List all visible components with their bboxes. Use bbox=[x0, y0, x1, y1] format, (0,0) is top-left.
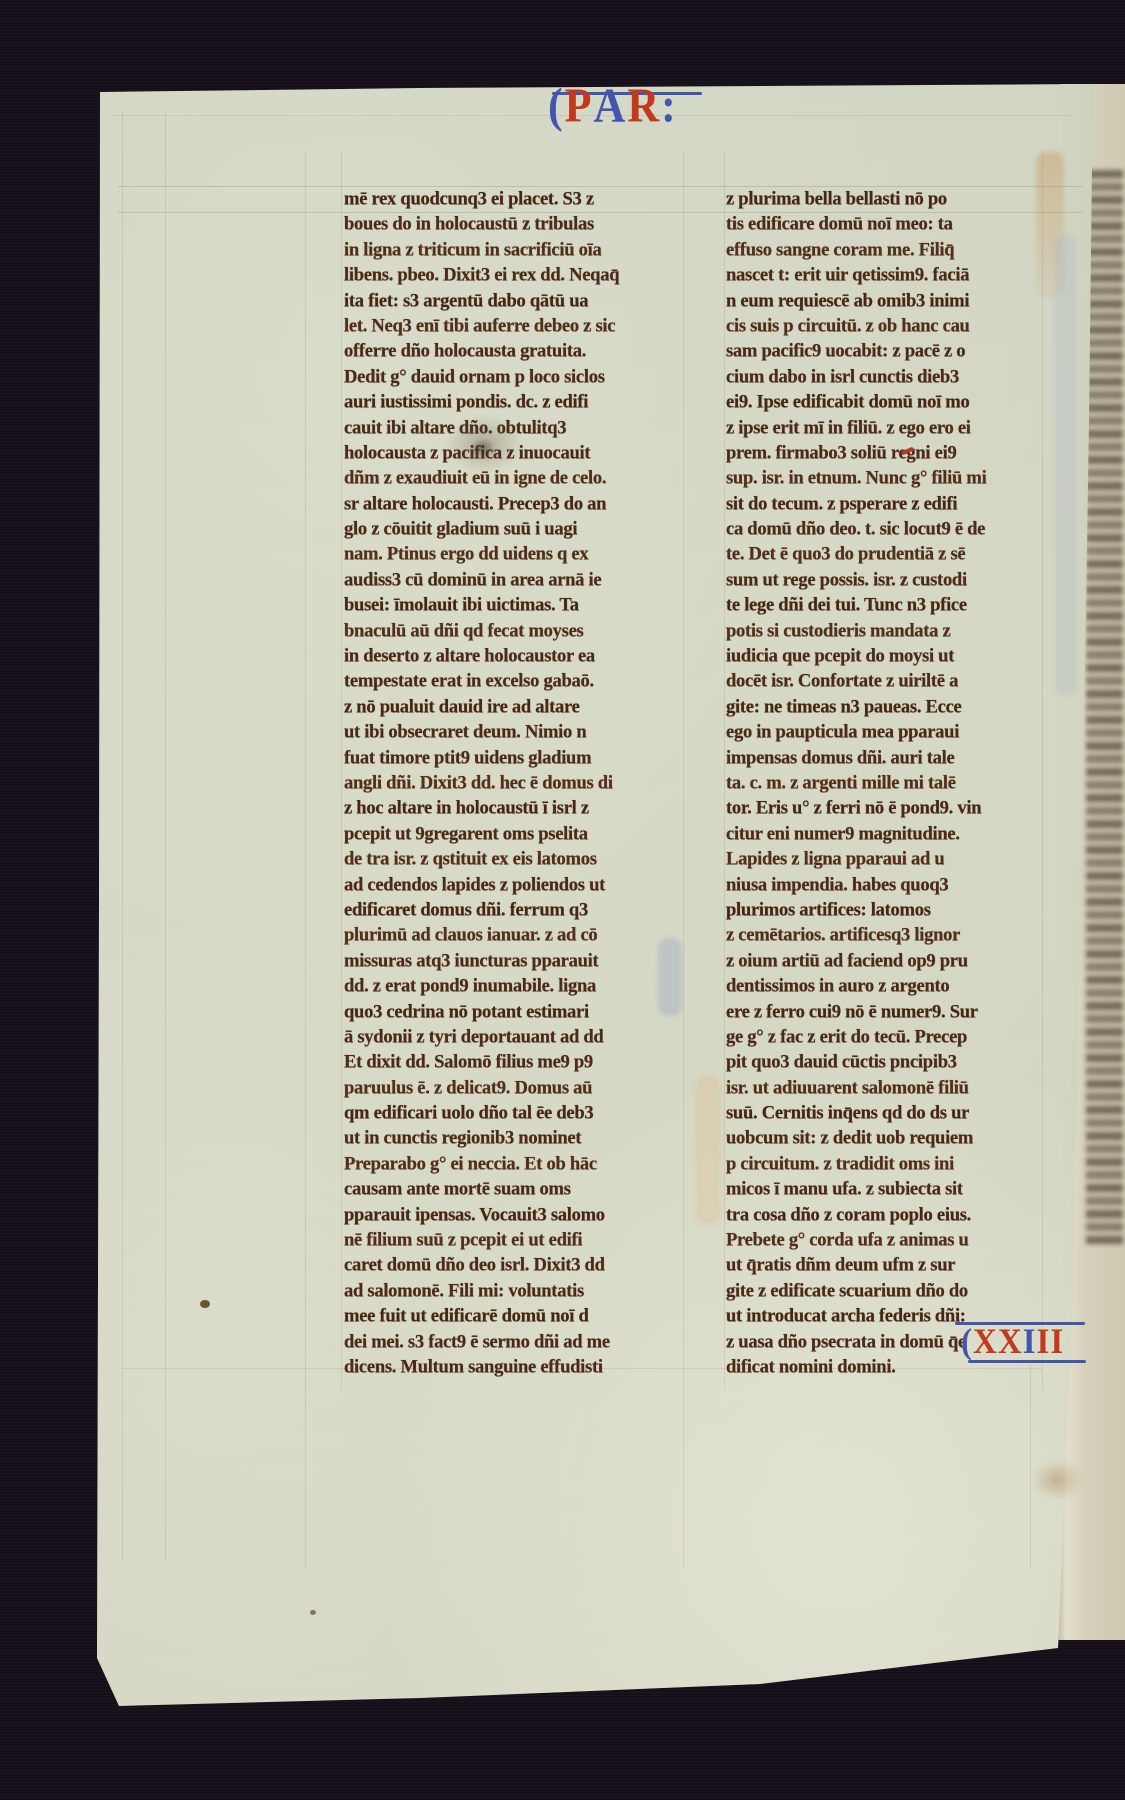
fly-speck bbox=[310, 1610, 316, 1615]
text-line: edificaret domus dñi. ferrum q3 bbox=[344, 897, 689, 923]
text-line: dei mei. s3 fact9 ē sermo dñi ad me bbox=[344, 1329, 689, 1355]
text-line: pcepit ut 9gregarent oms pselita bbox=[344, 821, 689, 847]
text-line: in ligna z triticum in sacrificiū oīa bbox=[344, 237, 689, 263]
text-line: auri iustissimi pondis. dc. z edifi bbox=[344, 389, 689, 415]
text-column-right: z plurima bella bellasti nō potis edific… bbox=[726, 186, 1071, 1379]
text-line: micos ī manu ufa. z subiecta sit bbox=[726, 1176, 1071, 1202]
text-line: mee fuit ut edificarē domū noī d bbox=[344, 1303, 689, 1329]
text-line: pit quo3 dauid cūctis pncipib3 bbox=[726, 1049, 1071, 1075]
chapter-number: (XXIII bbox=[961, 1322, 1064, 1362]
text-line: ere z ferro cui9 nō ē numer9. Sur bbox=[726, 999, 1071, 1025]
text-line: sr altare holocausti. Precep3 do an bbox=[344, 491, 689, 517]
text-line: ca domū dño deo. t. sic locut9 ē de bbox=[726, 516, 1071, 542]
text-line: gite z edificate scuarium dño do bbox=[726, 1278, 1071, 1304]
text-line: docēt isr. Confortate z uiriltē a bbox=[726, 668, 1071, 694]
text-line: nam. Ptinus ergo dd uidens q ex bbox=[344, 541, 689, 567]
text-line: pparauit ipensas. Vocauit3 salomo bbox=[344, 1202, 689, 1228]
running-title: (PAR: bbox=[548, 76, 678, 148]
text-line: z hoc altare in holocaustū ī isrl z bbox=[344, 795, 689, 821]
text-line: potis si custodieris mandata z bbox=[726, 618, 1071, 644]
text-line: cis suis p circuitū. z ob hanc cau bbox=[726, 313, 1071, 339]
text-line: effuso sangne coram me. Filiq̄ bbox=[726, 237, 1071, 263]
text-line: Prebete g° corda ufa z animas u bbox=[726, 1227, 1071, 1253]
text-line: nascet t: erit uir qetissim9. faciā bbox=[726, 262, 1071, 288]
text-line: p circuitum. z tradidit oms ini bbox=[726, 1151, 1071, 1177]
text-line: let. Neq3 enī tibi auferre debeo z sic bbox=[344, 313, 689, 339]
crease-line bbox=[1030, 1360, 1031, 1570]
rubric-letter: ( bbox=[548, 73, 565, 139]
fly-speck bbox=[200, 1300, 210, 1308]
text-line: te. Det ē quo3 do prudentiā z sē bbox=[726, 541, 1071, 567]
text-line: busei: īmolauit ibi uictimas. Ta bbox=[344, 592, 689, 618]
text-line: ad salomonē. Fili mi: voluntatis bbox=[344, 1278, 689, 1304]
text-column-left: mē rex quodcunq3 ei placet. S3 zboues do… bbox=[344, 186, 689, 1379]
text-line: libens. pbeo. Dixit3 ei rex dd. Neqaq̄ bbox=[344, 262, 689, 288]
text-line: ad cedendos lapides z poliendos ut bbox=[344, 872, 689, 898]
edge-stain bbox=[1032, 1460, 1082, 1500]
text-line: Lapides z ligna pparaui ad u bbox=[726, 846, 1071, 872]
ruling-line bbox=[165, 112, 166, 1562]
text-line: in deserto z altare holocaustor ea bbox=[344, 643, 689, 669]
text-line: plurimos artifices: latomos bbox=[726, 897, 1071, 923]
text-line: bnaculū aū dñi qd fecat moyses bbox=[344, 618, 689, 644]
text-line: plurimū ad clauos ianuar. z ad cō bbox=[344, 922, 689, 948]
text-line: Preparabo g° ei neccia. Et ob hāc bbox=[344, 1151, 689, 1177]
text-line: dentissimos in auro z argento bbox=[726, 973, 1071, 999]
text-line: ge g° z fac z erit do tecū. Precep bbox=[726, 1024, 1071, 1050]
offset-smudge bbox=[1054, 235, 1076, 695]
ruling-line bbox=[724, 150, 725, 1390]
text-line: caret domū dño deo isrl. Dixit3 dd bbox=[344, 1252, 689, 1278]
rubric-letter: A bbox=[594, 73, 628, 139]
text-line: gite: ne timeas n3 paueas. Ecce bbox=[726, 694, 1071, 720]
text-line: dicens. Multum sanguine effudisti bbox=[344, 1354, 689, 1380]
text-line: prem. firmabo3 soliū regni ei9 bbox=[726, 440, 1071, 466]
text-line: mē rex quodcunq3 ei placet. S3 z bbox=[344, 186, 689, 212]
text-line: suū. Cernitis inq̄ens qd do ds ur bbox=[726, 1100, 1071, 1126]
text-line: sup. isr. in etnum. Nunc g° filiū mi bbox=[726, 465, 1071, 491]
text-line: Et dixit dd. Salomō filius me9 p9 bbox=[344, 1049, 689, 1075]
ruling-line bbox=[122, 112, 123, 1562]
text-line: boues do in holocaustū z tribulas bbox=[344, 211, 689, 237]
text-line: ei9. Ipse edificabit domū noī mo bbox=[726, 389, 1071, 415]
text-line: niusa impendia. habes quoq3 bbox=[726, 872, 1071, 898]
text-line: te lege dñi dei tui. Tunc n3 pfice bbox=[726, 592, 1071, 618]
text-line: missuras atq3 iuncturas pparauit bbox=[344, 948, 689, 974]
rubric-letter: I bbox=[1050, 1322, 1064, 1362]
ruling-line bbox=[305, 150, 306, 1570]
text-line: qm edificari uolo dño tal ēe deb3 bbox=[344, 1100, 689, 1126]
text-line: z oium artiū ad faciend op9 pru bbox=[726, 948, 1071, 974]
text-line: dd. z erat pond9 inumabile. ligna bbox=[344, 973, 689, 999]
text-line: z cemētarios. artificesq3 lignor bbox=[726, 922, 1071, 948]
text-line: ita fiet: s3 argentū dabo qātū ua bbox=[344, 288, 689, 314]
text-line: z ipse erit mī in filiū. z ego ero ei bbox=[726, 415, 1071, 441]
text-line: Dedit g° dauid ornam p loco siclos bbox=[344, 364, 689, 390]
rubric-letter: : bbox=[661, 73, 678, 139]
rubric-letter: I bbox=[1037, 1322, 1051, 1362]
rubric-letter: I bbox=[1023, 1322, 1037, 1362]
text-line: ta. c. m. z argenti mille mi talē bbox=[726, 770, 1071, 796]
text-line: ā sydonii z tyri deportauant ad dd bbox=[344, 1024, 689, 1050]
text-line: paruulus ē. z delicat9. Domus aū bbox=[344, 1075, 689, 1101]
text-line: n eum requiescē ab omib3 inimi bbox=[726, 288, 1071, 314]
text-line: ut ibi obsecraret deum. Nimio n bbox=[344, 719, 689, 745]
rubric-letter: P bbox=[565, 73, 594, 139]
text-line: ut in cunctis regionib3 nominet bbox=[344, 1125, 689, 1151]
text-line: de tra isr. z qstituit ex eis latomos bbox=[344, 846, 689, 872]
text-line: isr. ut adiuuarent salomonē filiū bbox=[726, 1075, 1071, 1101]
rubric-letter: ( bbox=[961, 1322, 973, 1362]
text-line: ego in paupticula mea pparaui bbox=[726, 719, 1071, 745]
text-line: glo z cōuitit gladium suū i uagi bbox=[344, 516, 689, 542]
rubric-letter: X bbox=[973, 1322, 998, 1362]
manuscript-photo: (PAR: mē rex quodcunq3 ei placet. S3 zbo… bbox=[0, 0, 1125, 1800]
text-line: tor. Eris u° z ferri nō ē pond9. vin bbox=[726, 795, 1071, 821]
text-line: sam pacific9 uocabit: z pacē z o bbox=[726, 338, 1071, 364]
text-line: iudicia que pcepit do moysi ut bbox=[726, 643, 1071, 669]
rubric-letter: R bbox=[627, 73, 661, 139]
text-line: sit do tecum. z psperare z edifi bbox=[726, 491, 1071, 517]
text-line: uobcum sit: z dedit uob requiem bbox=[726, 1125, 1071, 1151]
text-line: impensas domus dñi. auri tale bbox=[726, 745, 1071, 771]
text-line: ut q̄ratis dñm deum ufm z sur bbox=[726, 1252, 1071, 1278]
text-line: cium dabo in isrl cunctis dieb3 bbox=[726, 364, 1071, 390]
text-line: tra cosa dño z coram poplo eius. bbox=[726, 1202, 1071, 1228]
text-line: nē filium suū z pcepit ei ut edifi bbox=[344, 1227, 689, 1253]
blue-smudge bbox=[658, 938, 682, 1016]
text-line: offerre dño holocausta gratuita. bbox=[344, 338, 689, 364]
text-line: causam ante mortē suam oms bbox=[344, 1176, 689, 1202]
text-line: quo3 cedrina nō potant estimari bbox=[344, 999, 689, 1025]
text-line: fuat timore ptit9 uidens gladium bbox=[344, 745, 689, 771]
text-line: audiss3 cū dominū in area arnā ie bbox=[344, 567, 689, 593]
text-line: z plurima bella bellasti nō po bbox=[726, 186, 1071, 212]
rubric-letter: X bbox=[998, 1322, 1023, 1362]
text-line: dñm z exaudiuit eū in igne de celo. bbox=[344, 465, 689, 491]
text-line: angli dñi. Dixit3 dd. hec ē domus di bbox=[344, 770, 689, 796]
text-line: tempestate erat in excelso gabaō. bbox=[344, 668, 689, 694]
text-line: z nō pualuit dauid ire ad altare bbox=[344, 694, 689, 720]
gutter-stain bbox=[695, 1075, 721, 1225]
text-line: citur eni numer9 magnitudine. bbox=[726, 821, 1071, 847]
text-line: sum ut rege possis. isr. z custodi bbox=[726, 567, 1071, 593]
text-line: tis edificare domū noī meo: ta bbox=[726, 211, 1071, 237]
stain bbox=[470, 438, 496, 458]
facing-page-blurred-text bbox=[1086, 170, 1123, 1245]
ruling-line bbox=[341, 150, 342, 1390]
